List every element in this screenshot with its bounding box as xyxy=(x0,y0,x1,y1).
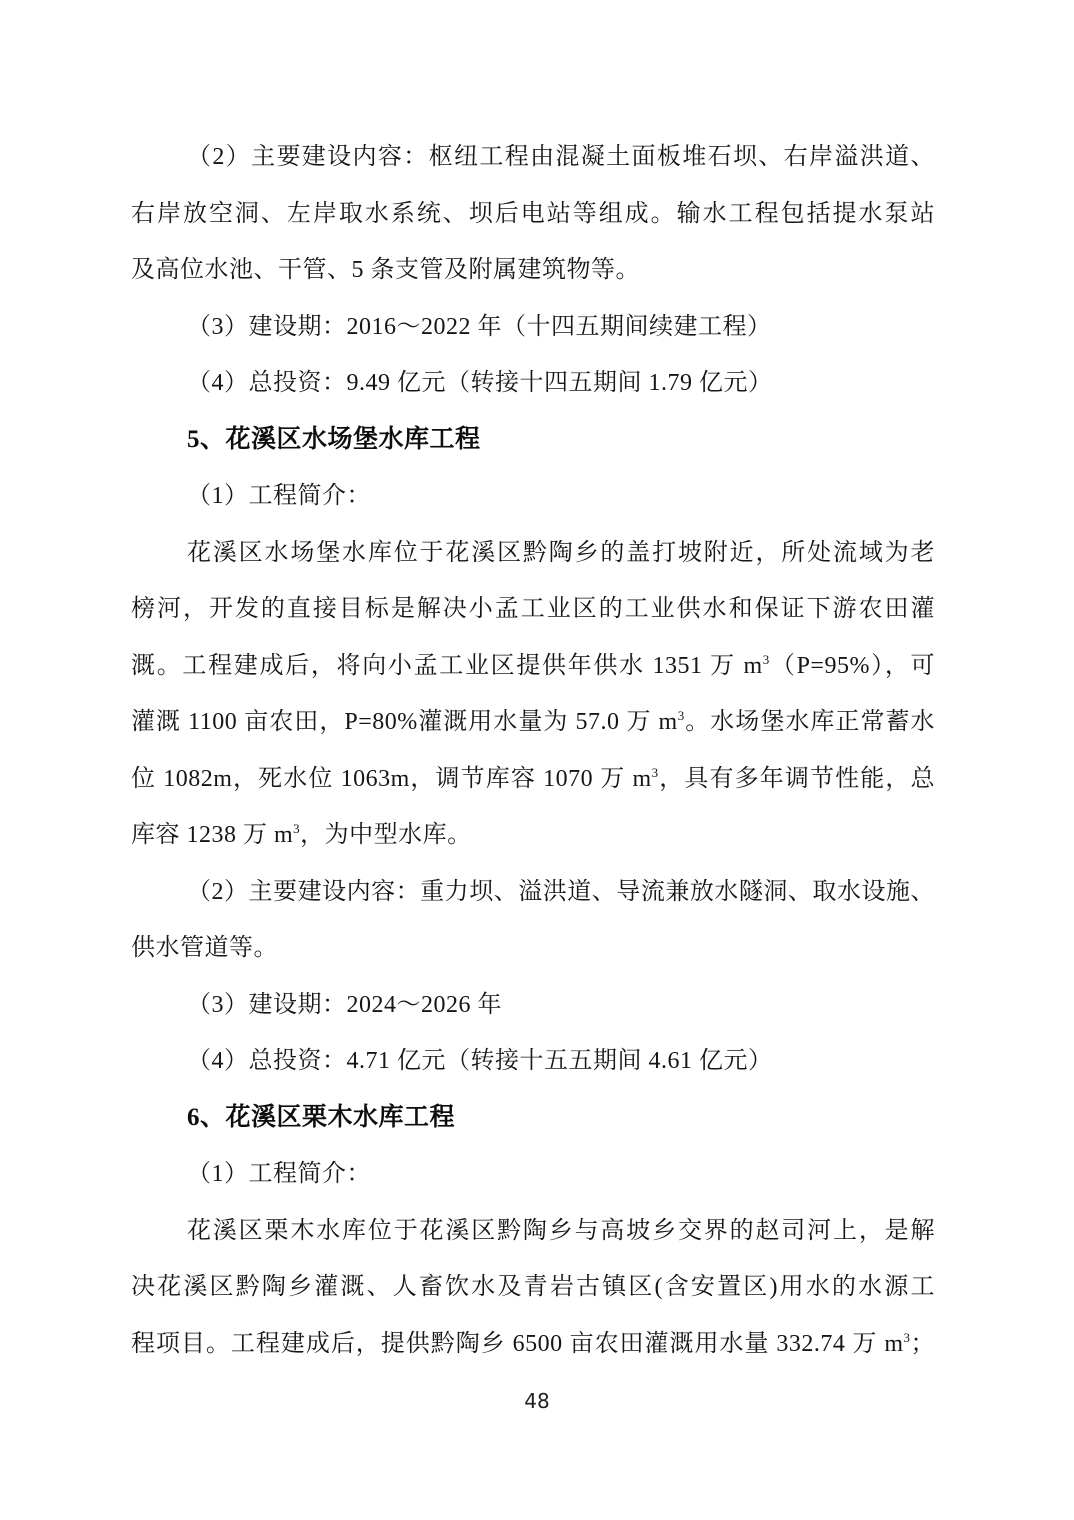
text-segment: 花溪区栗木水库位于花溪区黔陶乡与高坡乡交界的赵司河上，是解 xyxy=(187,1218,935,1244)
text-line: 溉。工程建成后，将向小孟工业区提供年供水 1351 万 m3（P=95%），可 xyxy=(131,638,935,695)
text-line: （1）工程简介： xyxy=(131,468,935,525)
paragraph: （4）总投资：4.71 亿元（转接十五五期间 4.61 亿元） xyxy=(131,1033,935,1090)
text-segment: （3）建设期：2016～2022 年（十四五期间续建工程） xyxy=(187,314,772,340)
paragraph: （2）主要建设内容：重力坝、溢洪道、导流兼放水隧洞、取水设施、供水管道等。 xyxy=(131,864,935,977)
text-segment: 决花溪区黔陶乡灌溉、人畜饮水及青岩古镇区(含安置区)用水的水源工 xyxy=(131,1274,935,1300)
text-segment: 花溪区水场堡水库位于花溪区黔陶乡的盖打坡附近，所处流域为老 xyxy=(187,540,935,566)
text-line: 位 1082m，死水位 1063m，调节库容 1070 万 m3，具有多年调节性… xyxy=(131,751,935,808)
text-line: 供水管道等。 xyxy=(131,920,935,977)
text-line: （4）总投资：4.71 亿元（转接十五五期间 4.61 亿元） xyxy=(131,1033,935,1090)
text-line: 程项目。工程建成后，提供黔陶乡 6500 亩农田灌溉用水量 332.74 万 m… xyxy=(131,1316,935,1373)
text-segment: 库容 1238 万 m xyxy=(131,822,293,848)
text-segment: 及高位水池、干管、5 条支管及附属建筑物等。 xyxy=(131,257,640,283)
text-line: （1）工程简介： xyxy=(131,1146,935,1203)
paragraph: （1）工程简介： xyxy=(131,1146,935,1203)
text-line: 灌溉 1100 亩农田，P=80%灌溉用水量为 57.0 万 m3。水场堡水库正… xyxy=(131,694,935,751)
text-segment: 位 1082m，死水位 1063m，调节库容 1070 万 m xyxy=(131,766,652,792)
text-segment: 。水场堡水库正常蓄水 xyxy=(685,709,935,735)
page-number: 48 xyxy=(0,1388,1074,1414)
text-line: （4）总投资：9.49 亿元（转接十四五期间 1.79 亿元） xyxy=(131,355,935,412)
text-line: （2）主要建设内容：枢纽工程由混凝土面板堆石坝、右岸溢洪道、 xyxy=(131,129,935,186)
text-segment: 右岸放空洞、左岸取水系统、坝后电站等组成。输水工程包括提水泵站 xyxy=(131,201,935,227)
text-line: （3）建设期：2024～2026 年 xyxy=(131,977,935,1034)
text-segment: （4）总投资：9.49 亿元（转接十四五期间 1.79 亿元） xyxy=(187,370,773,396)
document-page: （2）主要建设内容：枢纽工程由混凝土面板堆石坝、右岸溢洪道、右岸放空洞、左岸取水… xyxy=(0,0,1074,1520)
superscript-exponent: 3 xyxy=(678,708,685,723)
text-line: 库容 1238 万 m3，为中型水库。 xyxy=(131,807,935,864)
text-line: （2）主要建设内容：重力坝、溢洪道、导流兼放水隧洞、取水设施、 xyxy=(131,864,935,921)
text-line: 榜河，开发的直接目标是解决小孟工业区的工业供水和保证下游农田灌 xyxy=(131,581,935,638)
text-segment: 6、花溪区栗木水库工程 xyxy=(187,1104,455,1131)
text-line: 5、花溪区水场堡水库工程 xyxy=(131,412,935,469)
text-segment: ，为中型水库。 xyxy=(300,822,472,848)
text-segment: （1）工程简介： xyxy=(187,483,371,509)
text-line: 决花溪区黔陶乡灌溉、人畜饮水及青岩古镇区(含安置区)用水的水源工 xyxy=(131,1259,935,1316)
paragraph: （1）工程简介： xyxy=(131,468,935,525)
text-segment: 程项目。工程建成后，提供黔陶乡 6500 亩农田灌溉用水量 332.74 万 m xyxy=(131,1331,904,1357)
paragraph: （4）总投资：9.49 亿元（转接十四五期间 1.79 亿元） xyxy=(131,355,935,412)
text-segment: （2）主要建设内容：枢纽工程由混凝土面板堆石坝、右岸溢洪道、 xyxy=(187,144,935,170)
paragraph: （3）建设期：2016～2022 年（十四五期间续建工程） xyxy=(131,299,935,356)
text-segment: 溉。工程建成后，将向小孟工业区提供年供水 1351 万 m xyxy=(131,653,763,679)
superscript-exponent: 3 xyxy=(763,652,770,667)
text-segment: （P=95%），可 xyxy=(770,653,935,679)
text-line: 花溪区水场堡水库位于花溪区黔陶乡的盖打坡附近，所处流域为老 xyxy=(131,525,935,582)
text-segment: ，具有多年调节性能，总 xyxy=(659,766,935,792)
paragraph: （2）主要建设内容：枢纽工程由混凝土面板堆石坝、右岸溢洪道、右岸放空洞、左岸取水… xyxy=(131,129,935,299)
text-segment: （2）主要建设内容：重力坝、溢洪道、导流兼放水隧洞、取水设施、 xyxy=(187,879,935,905)
text-segment: （3）建设期：2024～2026 年 xyxy=(187,992,502,1018)
superscript-exponent: 3 xyxy=(652,765,659,780)
paragraph: （3）建设期：2024～2026 年 xyxy=(131,977,935,1034)
section-heading: 6、花溪区栗木水库工程 xyxy=(131,1090,935,1147)
text-line: 及高位水池、干管、5 条支管及附属建筑物等。 xyxy=(131,242,935,299)
text-segment: 供水管道等。 xyxy=(131,935,278,961)
superscript-exponent: 3 xyxy=(904,1330,911,1345)
text-line: 花溪区栗木水库位于花溪区黔陶乡与高坡乡交界的赵司河上，是解 xyxy=(131,1203,935,1260)
paragraph: 花溪区水场堡水库位于花溪区黔陶乡的盖打坡附近，所处流域为老榜河，开发的直接目标是… xyxy=(131,525,935,864)
text-segment: （1）工程简介： xyxy=(187,1161,371,1187)
paragraph: 花溪区栗木水库位于花溪区黔陶乡与高坡乡交界的赵司河上，是解决花溪区黔陶乡灌溉、人… xyxy=(131,1203,935,1373)
section-heading: 5、花溪区水场堡水库工程 xyxy=(131,412,935,469)
text-segment: ； xyxy=(911,1331,936,1357)
text-segment: （4）总投资：4.71 亿元（转接十五五期间 4.61 亿元） xyxy=(187,1048,773,1074)
text-line: 右岸放空洞、左岸取水系统、坝后电站等组成。输水工程包括提水泵站 xyxy=(131,186,935,243)
text-segment: 5、花溪区水场堡水库工程 xyxy=(187,426,481,453)
text-line: （3）建设期：2016～2022 年（十四五期间续建工程） xyxy=(131,299,935,356)
text-segment: 榜河，开发的直接目标是解决小孟工业区的工业供水和保证下游农田灌 xyxy=(131,596,935,622)
text-segment: 灌溉 1100 亩农田，P=80%灌溉用水量为 57.0 万 m xyxy=(131,709,678,735)
text-line: 6、花溪区栗木水库工程 xyxy=(131,1090,935,1147)
text-block: （2）主要建设内容：枢纽工程由混凝土面板堆石坝、右岸溢洪道、右岸放空洞、左岸取水… xyxy=(131,129,935,1372)
